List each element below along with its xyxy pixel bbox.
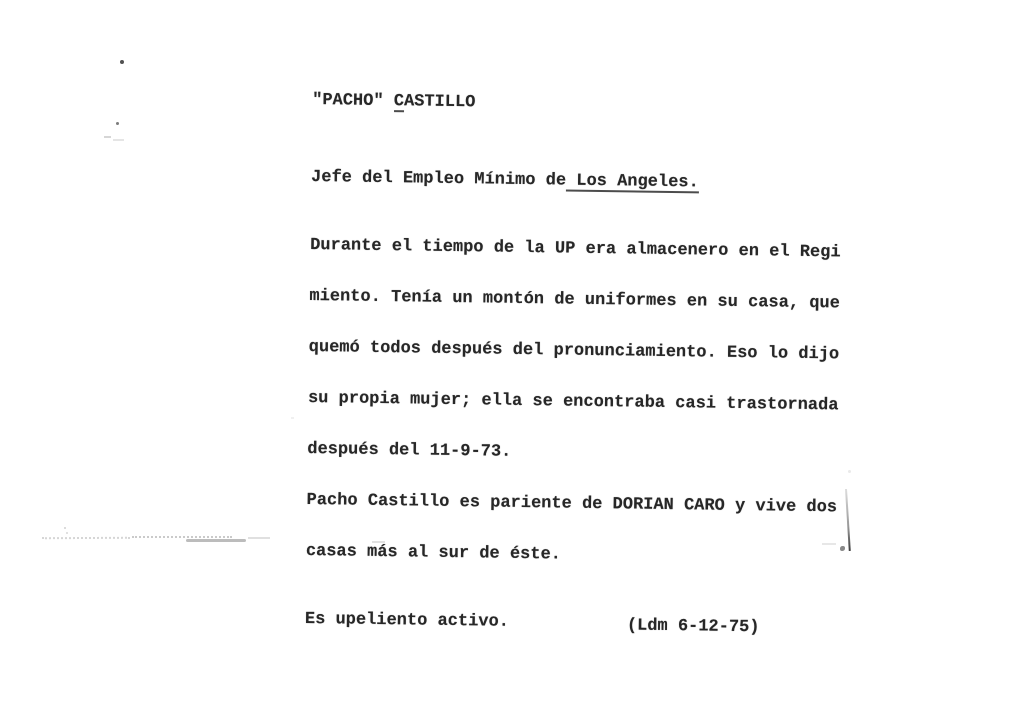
body-line: Durante el tiempo de la UP era almacener… (310, 237, 841, 261)
scan-smudge-line (132, 536, 232, 538)
title-text-before: "PACHO" (312, 91, 394, 111)
scan-speck (291, 417, 294, 419)
document-title: "PACHO" CASTILLO (312, 92, 843, 116)
body-line: Pacho Castillo es pariente de DORIAN CAR… (306, 492, 837, 516)
body-line: casas más al sur de éste. (306, 543, 837, 567)
underlined-place-name: Los Angeles. (566, 173, 699, 194)
scan-edge-line-foot (840, 546, 845, 551)
intro-text: Jefe del Empleo Mínimo de (311, 168, 566, 191)
title-text-after: ASTILLO (404, 92, 476, 112)
intro-line: Jefe del Empleo Mínimo de Los Angeles. (311, 169, 842, 193)
scan-speck (66, 532, 68, 534)
body-line: su propia mujer; ella se encontraba casi… (308, 390, 839, 414)
scan-smudge-line (248, 537, 270, 539)
typed-text-block: "PACHO" CASTILLO Jefe del Empleo Mínimo … (304, 41, 843, 686)
scanned-document-page: "PACHO" CASTILLO Jefe del Empleo Mínimo … (0, 0, 1012, 717)
scan-smudge-line (186, 539, 246, 542)
body-line: miento. Tenía un montón de uniformes en … (309, 288, 840, 312)
closing-line: Es upeliento activo.(Ldm 6-12-75) (305, 611, 836, 635)
scan-speck (104, 136, 111, 138)
scan-speck (120, 60, 124, 64)
citation-text: (Ldm 6-12-75) (627, 617, 760, 636)
scan-edge-line (845, 489, 851, 551)
scan-speck (64, 527, 66, 529)
scan-smudge-line (42, 537, 130, 539)
body-line: después del 11-9-73. (307, 441, 838, 465)
closing-text: Es upeliento activo. (305, 610, 509, 632)
body-line: quemó todos después del pronunciamiento.… (309, 339, 840, 363)
scan-speck (116, 122, 119, 125)
title-underlined-letter: C (394, 93, 404, 112)
scan-speck (848, 470, 851, 473)
scan-speck (113, 139, 124, 141)
